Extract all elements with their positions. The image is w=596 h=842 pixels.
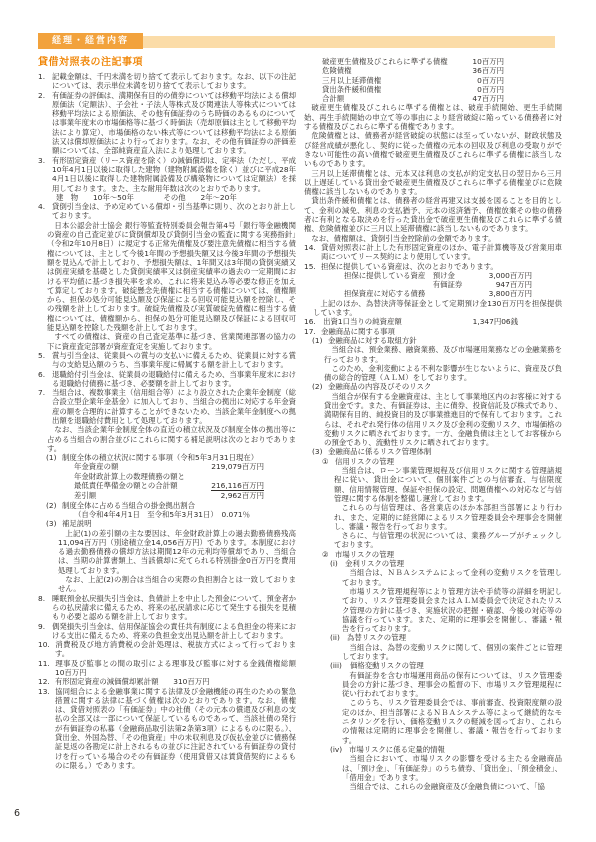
amount-label: 貸出条件緩和債権 bbox=[322, 85, 381, 94]
amount-row: 担保資産に対応する債務3,800百万円 bbox=[304, 289, 562, 298]
item-number: (1) bbox=[46, 453, 62, 462]
amount-row: 差引額2,962百万円 bbox=[38, 491, 296, 500]
amount-value: 2,962百万円 bbox=[221, 491, 264, 500]
paragraph: 13.協同組合による金融事業に関する法律及び金融機能の再生のための緊急措置に関す… bbox=[38, 687, 296, 771]
paragraph: 8.睡眠預金払戻損失引当金は、負債計上を中止した預金について、預金者からの払戻請… bbox=[38, 594, 296, 622]
paragraph: 当組合では、これらの金融資産及び金融負債について、「協 bbox=[304, 782, 562, 791]
amount-row: 年金資産の額219,079百万円 bbox=[38, 462, 296, 471]
paragraph: (iv)市場リスクに係る定量的情報 bbox=[304, 745, 562, 754]
item-number: 4. bbox=[38, 202, 52, 211]
paragraph: （自令和4年4月1日 至令和5年3月31日） 0.071％ bbox=[38, 510, 296, 519]
paragraph: 3.有形固定資産（リース資産を除く）の減価償却は、定率法（ただし、平成10年4月… bbox=[38, 156, 296, 193]
amount-row: 16. 出資1口当りの純資産額1,347円06銭 bbox=[304, 317, 562, 326]
amount-value: 0百万円 bbox=[477, 85, 504, 94]
paragraph: 7.当組合は、複数事業主（信用組合等）により設立された企業年金制度（総合設立型企… bbox=[38, 388, 296, 425]
paragraph: 12.有形固定資産の減価償却累計額 310百万円 bbox=[38, 677, 296, 686]
item-number: ① bbox=[322, 457, 335, 466]
paragraph: 5.賞与引当金は、従業員への賞与の支払いに備えるため、従業員に対する賞与の支給見… bbox=[38, 351, 296, 370]
item-number: 7. bbox=[38, 388, 52, 397]
paragraph: (2)制度全体に占める当組合の掛金拠出割合 bbox=[38, 501, 296, 510]
section-header: 経理・経営内容 bbox=[38, 33, 555, 49]
item-number: 15. bbox=[304, 262, 321, 271]
paragraph: (ii)為替リスクの管理 bbox=[304, 633, 562, 642]
amount-label: 危険債権 bbox=[322, 66, 352, 75]
item-number: (1) bbox=[312, 336, 328, 345]
paragraph: 有価証券を含む市場運用商品の保有については、リスク管理委員会の方針に基づき、理事… bbox=[304, 671, 562, 699]
item-number: 9. bbox=[38, 622, 52, 631]
paragraph: ②市場リスクの管理 bbox=[304, 550, 562, 559]
amount-row: 合計額47百万円 bbox=[304, 94, 562, 103]
amount-row: 危険債権36百万円 bbox=[304, 66, 562, 75]
paragraph: 上記(1)の差引額の主な要因は、年金財政計算上の過去勤務債務残高11,094百万… bbox=[38, 529, 296, 575]
paragraph: 1.記載金額は、千円未満を切り捨てて表示しております。なお、以下の注記については… bbox=[38, 72, 296, 91]
amount-value: 219,079百万円 bbox=[211, 462, 264, 471]
item-number: 3. bbox=[38, 156, 52, 165]
paragraph: 当組合は、ローン事業管理規程及び信用リスクに関する管理諸規程に従い、貸出金につい… bbox=[304, 466, 562, 503]
paragraph: (3)補足説明 bbox=[38, 519, 296, 528]
item-number: 1. bbox=[38, 72, 52, 81]
paragraph: 危険債権とは、債務者が経営破綻の状態には至っていないが、財政状態及び経営成績が悪… bbox=[304, 131, 562, 168]
left-column: 貸借対照表の注記事項 1.記載金額は、千円未満を切り捨てて表示しております。なお… bbox=[38, 57, 296, 791]
section-header-tab: 経理・経営内容 bbox=[38, 33, 143, 49]
paragraph: これらの与信管理は、各営業店のほか本部担当部署により行われ、また、定期的に経営陣… bbox=[304, 503, 562, 531]
paragraph: さらに、与信管理の状況については、業務グループがチェックしております。 bbox=[304, 531, 562, 550]
amount-label: 三月以上延滞債権 bbox=[322, 76, 381, 85]
amount-value: 3,800百万円 bbox=[489, 289, 532, 298]
paragraph: 市場リスク管理規程等により管理方法や手続等の詳細を明記しており、リスク管理委員会… bbox=[304, 587, 562, 633]
item-number: (iv) bbox=[330, 745, 349, 754]
item-number: (ii) bbox=[330, 633, 347, 642]
paragraph: (1)制度全体の積立状況に関する事項（令和5年3月31日現在） bbox=[38, 453, 296, 462]
item-number: (3) bbox=[312, 447, 328, 456]
paragraph: 当組合が保有する金融資産は、主として事業地区内のお客様に対する貸出金です。また、… bbox=[304, 392, 562, 448]
paragraph: 三月以上延滞債権とは、元本又は利息の支払が約定支払日の翌日から三月以上遅延してい… bbox=[304, 169, 562, 197]
paragraph: 当組合において、市場リスクの影響を受ける主たる金融商品は、「預け金」、「有価証券… bbox=[304, 754, 562, 782]
paragraph: 4.貸倒引当金は、予め定めている償却・引当基準に則り、次のとおり計上しております… bbox=[38, 202, 296, 221]
paragraph: 2.有価証券の評価は、満期保有目的の債券については移動平均法による償却原価法（定… bbox=[38, 91, 296, 156]
amount-label: 16. 出資1口当りの純資産額 bbox=[304, 317, 402, 326]
amount-row: 有価証券947百万円 bbox=[304, 280, 562, 289]
paragraph: 10.消費税及び地方消費税の会計処理は、税抜方式によって行っております。 bbox=[38, 640, 296, 659]
item-number: (i) bbox=[330, 559, 345, 568]
paragraph: (iii)価格変動リスクの管理 bbox=[304, 661, 562, 670]
paragraph: 破産更生債権及びこれらに準ずる債権とは、破産手続開始、更生手続開始、再生手続開始… bbox=[304, 103, 562, 131]
amount-label: 合計額 bbox=[322, 94, 344, 103]
paragraph: 上記のほか、為替決済等保証金として定期預け金130百万円を担保提供しています。 bbox=[304, 299, 562, 318]
right-column: 破産更生債権及びこれらに準ずる債権10百万円危険債権36百万円三月以上延滞債権0… bbox=[304, 57, 562, 791]
text-columns: 貸借対照表の注記事項 1.記載金額は、千円未満を切り捨てて表示しております。なお… bbox=[38, 57, 562, 791]
paragraph: なお、債権額は、貸倒引当金控除前の金額であります。 bbox=[304, 234, 562, 243]
paragraph: 当組合は、為替の変動リスクに関して、個別の案件ごとに管理しております。 bbox=[304, 643, 562, 662]
page-title: 貸借対照表の注記事項 bbox=[38, 57, 296, 69]
paragraph: 9.偶発損失引当金は、信用保証協会の責任共有制度による負担金の将来における支出に… bbox=[38, 622, 296, 641]
item-number: (2) bbox=[46, 501, 62, 510]
amount-label: 有価証券 bbox=[344, 280, 462, 289]
amount-row: 三月以上延滞債権0百万円 bbox=[304, 76, 562, 85]
paragraph: 建 物 10年〜50年 その他 2年〜20年 bbox=[38, 193, 296, 202]
paragraph: このうち、リスク管理委員会では、事前審査、投資限度額の設定のほか、担当部署による… bbox=[304, 698, 562, 744]
paragraph: このため、金利変動による不利な影響が生じないように、資産及び負債の総合的管理（Ａ… bbox=[304, 364, 562, 383]
amount-label: 担保資産に対応する債務 bbox=[344, 289, 425, 298]
paragraph: 当組合は、預金業務、融資業務、及び市場運用業務などの金融業務を行っております。 bbox=[304, 345, 562, 364]
item-number: 2. bbox=[38, 91, 52, 100]
amount-row: 担保に提供している資産 預け金3,000百万円 bbox=[304, 271, 562, 280]
paragraph: 年金財政計算上の数理債務の額と bbox=[38, 472, 296, 481]
amount-label: 最低責任準備金の額との合計額 bbox=[74, 481, 177, 491]
amount-row: 破産更生債権及びこれらに準ずる債権10百万円 bbox=[304, 57, 562, 66]
item-number: ② bbox=[322, 550, 335, 559]
paragraph: すべての債権は、資産の自己査定基準に基づき、営業関連部署の協力の下に資産査定部署… bbox=[38, 332, 296, 351]
amount-value: 0百万円 bbox=[477, 76, 504, 85]
paragraph: 当組合は、ＮＢＡシステムによって金利の変動リスクを管理しております。 bbox=[304, 568, 562, 587]
paragraph: (2)金融商品の内容及びそのリスク bbox=[304, 382, 562, 391]
paragraph: (1)金融商品に対する取組方針 bbox=[304, 336, 562, 345]
paragraph: 6.退職給付引当金は、従業員の退職給付に備えるため、当事業年度末における退職給付… bbox=[38, 370, 296, 389]
paragraph: (3)金融商品に係るリスク管理体制 bbox=[304, 447, 562, 456]
paragraph: 日本公認会計士協会 銀行等監査特別委員会報告第4号「銀行等金融機関の資産の自己査… bbox=[38, 221, 296, 333]
amount-value: 1,347円06銭 bbox=[473, 317, 518, 326]
paragraph: 14.貸借対照表に計上した有形固定資産のほか、電子計算機等及び営業用車両について… bbox=[304, 243, 562, 262]
amount-value: 36百万円 bbox=[472, 66, 504, 75]
paragraph: 貸出条件緩和債権とは、債務者の経営再建又は支援を図ることを目的として、金利の減免… bbox=[304, 196, 562, 233]
left-column-body: 1.記載金額は、千円未満を切り捨てて表示しております。なお、以下の注記については… bbox=[38, 72, 296, 770]
amount-label: 年金資産の額 bbox=[74, 462, 118, 471]
amount-value: 947百万円 bbox=[496, 280, 532, 289]
paragraph: 17.金融商品に関する事項 bbox=[304, 327, 562, 336]
item-number: 10. bbox=[38, 640, 55, 649]
amount-value: 47百万円 bbox=[472, 94, 504, 103]
paragraph: ①信用リスクの管理 bbox=[304, 457, 562, 466]
amount-value: 3,000百万円 bbox=[489, 271, 532, 280]
paragraph: 15.担保に提供している資産は、次のとおりであります。 bbox=[304, 262, 562, 271]
amount-label: 破産更生債権及びこれらに準ずる債権 bbox=[322, 57, 448, 66]
item-number: 14. bbox=[304, 243, 321, 252]
paragraph: なお、上記(2)の割合は当組合の実際の負担割合とは一致しておりません。 bbox=[38, 575, 296, 594]
item-number: 6. bbox=[38, 370, 52, 379]
item-number: 11. bbox=[38, 659, 55, 668]
item-number: 17. bbox=[304, 327, 321, 336]
amount-row: 貸出条件緩和債権0百万円 bbox=[304, 85, 562, 94]
paragraph: (i)金利リスクの管理 bbox=[304, 559, 562, 568]
item-number: 5. bbox=[38, 351, 52, 360]
amount-label: 差引額 bbox=[74, 491, 96, 500]
amount-row: 最低責任準備金の額との合計額216,116百万円 bbox=[38, 481, 296, 491]
amount-label: 担保に提供している資産 預け金 bbox=[344, 271, 455, 280]
item-number: 8. bbox=[38, 594, 52, 603]
amount-value: 10百万円 bbox=[472, 57, 504, 66]
item-number: (2) bbox=[312, 382, 328, 391]
page-number: 6 bbox=[14, 808, 20, 819]
amount-value: 216,116百万円 bbox=[211, 481, 264, 491]
item-number: 13. bbox=[38, 687, 55, 696]
paragraph: なお、当該企業年金制度全体の直近の積立状況及び制度全体の拠出等に占める当組合の割… bbox=[38, 425, 296, 453]
item-number: (3) bbox=[46, 519, 62, 528]
paragraph: 11.理事及び監事との間の取引による理事及び監事に対する金銭債権総額 10百万円 bbox=[38, 659, 296, 678]
item-number: 12. bbox=[38, 677, 55, 686]
item-number: (iii) bbox=[330, 661, 350, 670]
document-page: 経理・経営内容 貸借対照表の注記事項 1.記載金額は、千円未満を切り捨てて表示し… bbox=[0, 0, 596, 842]
section-header-bar bbox=[143, 36, 555, 48]
